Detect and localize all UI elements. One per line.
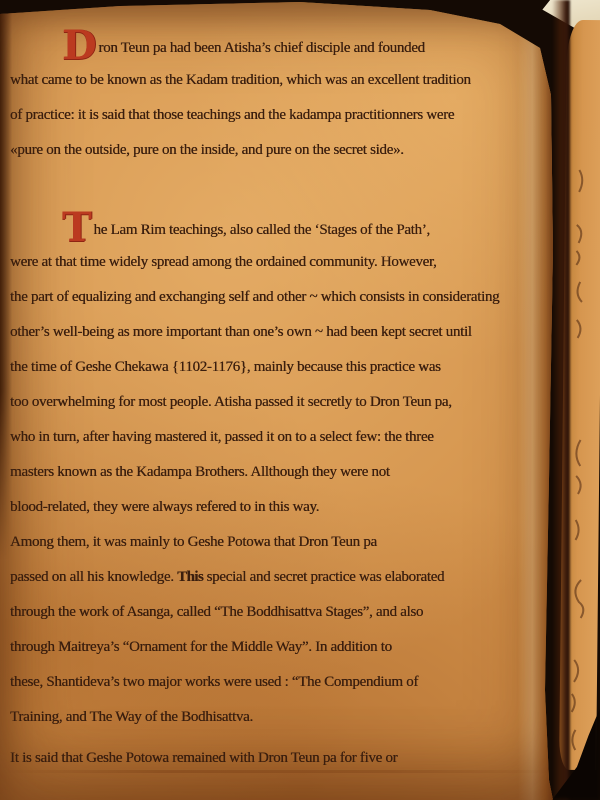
text-line: too overwhelming for most people. Atisha… [10, 385, 546, 420]
text-line: who in turn, after having mastered it, p… [10, 420, 546, 455]
text-line-content: special and secret practice was elaborat… [203, 569, 444, 585]
paragraph-2: The Lam Rim teachings, also called the ‘… [10, 210, 546, 776]
text-line: Dron Teun pa had been Atisha’s chief dis… [10, 28, 546, 63]
text-line: Training, and The Way of the Bodhisattva… [10, 700, 546, 735]
text-line: It is said that Geshe Potowa remained wi… [10, 741, 546, 776]
book-photograph: Dron Teun pa had been Atisha’s chief dis… [0, 0, 600, 800]
text-line: other’s well-being as more important tha… [10, 315, 546, 350]
text-line: of practice: it is said that those teach… [10, 98, 546, 133]
text-line: through Maitreya’s “Ornament for the Mid… [10, 630, 546, 665]
text-line-content: ron Teun pa had been Atisha’s chief disc… [98, 40, 424, 56]
text-line: The Lam Rim teachings, also called the ‘… [10, 210, 546, 245]
text-line: passed on all his knowledge. This specia… [10, 560, 546, 595]
text-line: masters known as the Kadampa Brothers. A… [10, 455, 546, 490]
emphasized-word: This [177, 569, 203, 585]
paragraph-1: Dron Teun pa had been Atisha’s chief dis… [10, 28, 546, 168]
illuminated-capital-t: T [62, 210, 91, 245]
text-line: the time of Geshe Chekawa {1102-1176}, m… [10, 350, 546, 385]
text-line-content: passed on all his knowledge. [10, 569, 177, 585]
text-line: the part of equalizing and exchanging se… [10, 280, 546, 315]
text-line: were at that time widely spread among th… [10, 245, 546, 280]
text-line: through the work of Asanga, called “The … [10, 595, 546, 630]
text-line: Among them, it was mainly to Geshe Potow… [10, 525, 546, 560]
text-line: blood-related, they were always refered … [10, 490, 546, 525]
text-line: these, Shantideva’s two major works were… [10, 665, 546, 700]
illuminated-capital-d: D [62, 28, 96, 63]
text-line: «pure on the outside, pure on the inside… [10, 133, 546, 168]
manuscript-page: Dron Teun pa had been Atisha’s chief dis… [0, 0, 556, 800]
page-gap-shadow [552, 0, 570, 800]
text-line: what came to be known as the Kadam tradi… [10, 63, 546, 98]
manuscript-text: Dron Teun pa had been Atisha’s chief dis… [10, 28, 546, 776]
text-line-content: he Lam Rim teachings, also called the ‘S… [93, 222, 429, 238]
